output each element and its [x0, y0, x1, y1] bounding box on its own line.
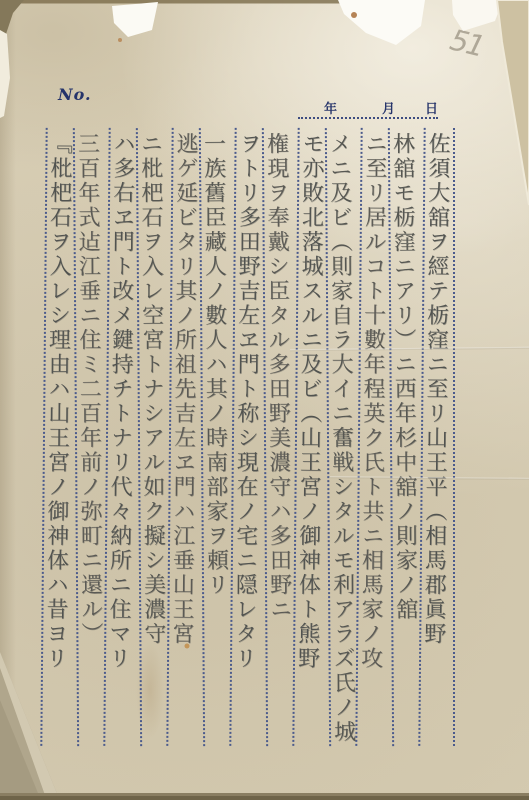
- manuscript-column-13: 『枇杷石ヲ入レシ理由ハ山王宮ノ御神体ハ昔ヨリ: [40, 128, 77, 746]
- year-label: 年: [324, 98, 337, 117]
- manuscript-column-1: 佐須大舘ヲ經テ栃窪ニ至リ山王平（相馬郡眞野: [419, 128, 456, 746]
- manuscript-column-12: 三百年式迠江垂ニ住ミ二百年前ノ弥町ニ還ル）: [72, 128, 108, 746]
- manuscript-column-5: モ亦敗北落城スルニ及ビ（山王宮ノ御神体ト熊野: [293, 128, 330, 746]
- manuscript-column-4: メニ及ビ（則家自ラ大イニ奮戦シタルモ利アラズ氏ノ城: [325, 128, 361, 746]
- printed-no-label: No.: [58, 85, 92, 104]
- manuscript-column-2: 林舘モ栃窪ニアリ）ニ西年杉中舘ノ則家ノ舘: [388, 128, 424, 746]
- manuscript-column-7: ヲトリ多田野吉左ヱ門ト称シ現在ノ宅ニ隠レタリ: [230, 128, 267, 746]
- scanned-manuscript-page: No. 年 月 日 51 佐須大舘ヲ經テ栃窪ニ至リ山王平（相馬郡眞野 林舘モ栃窪…: [0, 0, 529, 800]
- manuscript-column-8: 一族舊臣藏人ノ數人ハ其ノ時南部家ヲ頼リ: [199, 128, 235, 746]
- manuscript-column-10: ニ枇杷石ヲ入レ空宮トナシアル如ク擬シ美濃守: [135, 128, 171, 746]
- ruled-column-grid: 佐須大舘ヲ經テ栃窪ニ至リ山王平（相馬郡眞野 林舘モ栃窪ニアリ）ニ西年杉中舘ノ則家…: [43, 128, 455, 746]
- manuscript-column-11: ハ多右ヱ門ト改メ鍵持チトナリ代々納所ニ住マリ: [103, 128, 140, 746]
- manuscript-column-6: 権現ヲ奉戴シ臣タル多田野美濃守ハ多田野ニ: [262, 128, 298, 746]
- manuscript-column-3: ニ至リ居ルコト十數年程英ク氏ト共ニ相馬家ノ攻: [356, 128, 393, 746]
- month-label: 月: [382, 98, 395, 117]
- printed-date-line: 年 月 日: [298, 98, 438, 119]
- manuscript-column-9: 逃ゲ延ビタリ其ノ所祖先吉左ヱ門ハ江垂山王宮: [166, 128, 203, 746]
- day-label: 日: [425, 98, 438, 117]
